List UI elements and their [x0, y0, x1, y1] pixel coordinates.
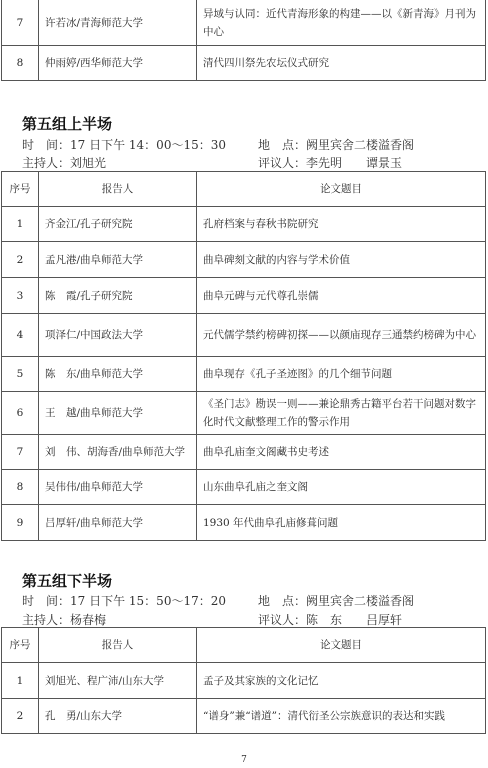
time-label: 时 间： [22, 594, 70, 608]
presenter-cell: 项泽仁/中国政法大学 [39, 314, 197, 357]
table-row: 9 吕厚轩/曲阜师范大学 1930 年代曲阜孔庙修葺问题 [2, 505, 486, 541]
row-number: 8 [2, 46, 39, 81]
header-title: 论文题目 [197, 628, 486, 663]
row-number: 1 [2, 207, 39, 242]
presenter-cell: 仲雨婷/西华师范大学 [39, 46, 197, 81]
reviewer-label: 评议人： [258, 613, 306, 627]
paper-title-cell: 曲阜现存《孔子圣迹图》的几个细节问题 [197, 357, 486, 392]
row-number: 4 [2, 314, 39, 357]
paper-title-cell: 清代四川祭先农坛仪式研究 [197, 46, 486, 81]
paper-title-cell: 曲阜孔庙奎文阁藏书史考述 [197, 435, 486, 470]
top-schedule-table: 7 许若冰/青海师范大学 异域与认同：近代青海形象的构建——以《新青海》月刊为中… [1, 0, 486, 81]
presenter-cell: 陈 霞/孔子研究院 [39, 278, 197, 314]
presenter-cell: 孟凡港/曲阜师范大学 [39, 242, 197, 278]
time-value: 17 日下午 14：00～15：30 [70, 138, 226, 152]
presenter-cell: 吕厚轩/曲阜师范大学 [39, 505, 197, 541]
table-row: 5 陈 东/曲阜师范大学 曲阜现存《孔子圣迹图》的几个细节问题 [2, 357, 486, 392]
presenter-cell: 王 越/曲阜师范大学 [39, 392, 197, 435]
host-label: 主持人： [22, 613, 70, 627]
host-value: 杨春梅 [70, 613, 106, 627]
session-lower-host: 主持人：杨春梅 [22, 611, 106, 628]
table-header-row: 序号 报告人 论文题目 [2, 172, 486, 207]
session-lower-reviewers: 评议人：陈 东 吕厚轩 [258, 611, 402, 628]
header-presenter: 报告人 [39, 172, 197, 207]
presenter-cell: 陈 东/曲阜师范大学 [39, 357, 197, 392]
table-row: 8 吴伟伟/曲阜师范大学 山东曲阜孔庙之奎文阁 [2, 470, 486, 505]
session-lower-title: 第五组下半场 [22, 570, 112, 591]
reviewer-value: 陈 东 吕厚轩 [306, 613, 402, 627]
paper-title-cell: 孔府档案与春秋书院研究 [197, 207, 486, 242]
header-presenter: 报告人 [39, 628, 197, 663]
row-number: 2 [2, 242, 39, 278]
table-row: 2 孟凡港/曲阜师范大学 曲阜碑刻文献的内容与学术价值 [2, 242, 486, 278]
table-row: 2 孔 勇/山东大学 “谱身”兼“谱道”：清代衍圣公宗族意识的表达和实践 [2, 699, 486, 734]
session-upper-place: 地 点：阙里宾舍二楼溢香阁 [258, 136, 414, 153]
host-value: 刘旭光 [70, 156, 106, 170]
presenter-cell: 刘 伟、胡海香/曲阜师范大学 [39, 435, 197, 470]
table-row: 6 王 越/曲阜师范大学 《圣门志》勘误一则——兼论鼎秀古籍平台若干问题对数字化… [2, 392, 486, 435]
presenter-cell: 刘旭光、程广沛/山东大学 [39, 663, 197, 699]
header-number: 序号 [2, 628, 39, 663]
table-row: 3 陈 霞/孔子研究院 曲阜元碑与元代尊孔崇儒 [2, 278, 486, 314]
table-header-row: 序号 报告人 论文题目 [2, 628, 486, 663]
row-number: 1 [2, 663, 39, 699]
place-label: 地 点： [258, 138, 306, 152]
reviewer-value: 李先明 谭景玉 [306, 156, 402, 170]
place-value: 阙里宾舍二楼溢香阁 [306, 594, 414, 608]
paper-title-cell: “谱身”兼“谱道”：清代衍圣公宗族意识的表达和实践 [197, 699, 486, 734]
session-lower-place: 地 点：阙里宾舍二楼溢香阁 [258, 592, 414, 609]
presenter-cell: 吴伟伟/曲阜师范大学 [39, 470, 197, 505]
session-upper-title: 第五组上半场 [22, 113, 112, 134]
session-lower-time: 时 间：17 日下午 15：50～17：20 [22, 592, 226, 609]
row-number: 5 [2, 357, 39, 392]
header-title: 论文题目 [197, 172, 486, 207]
reviewer-label: 评议人： [258, 156, 306, 170]
paper-title-cell: 曲阜元碑与元代尊孔崇儒 [197, 278, 486, 314]
paper-title-cell: 山东曲阜孔庙之奎文阁 [197, 470, 486, 505]
paper-title-cell: 孟子及其家族的文化记忆 [197, 663, 486, 699]
row-number: 6 [2, 392, 39, 435]
session-lower-table: 序号 报告人 论文题目 1 刘旭光、程广沛/山东大学 孟子及其家族的文化记忆 2… [1, 627, 486, 734]
time-value: 17 日下午 15：50～17：20 [70, 594, 226, 608]
table-row: 7 刘 伟、胡海香/曲阜师范大学 曲阜孔庙奎文阁藏书史考述 [2, 435, 486, 470]
presenter-cell: 许若冰/青海师范大学 [39, 0, 197, 46]
host-label: 主持人： [22, 156, 70, 170]
table-row: 7 许若冰/青海师范大学 异域与认同：近代青海形象的构建——以《新青海》月刊为中… [2, 0, 486, 46]
session-upper-table: 序号 报告人 论文题目 1 齐金江/孔子研究院 孔府档案与春秋书院研究 2 孟凡… [1, 171, 486, 541]
paper-title-cell: 异域与认同：近代青海形象的构建——以《新青海》月刊为中心 [197, 0, 486, 46]
time-label: 时 间： [22, 138, 70, 152]
row-number: 3 [2, 278, 39, 314]
paper-title-cell: 《圣门志》勘误一则——兼论鼎秀古籍平台若干问题对数字化时代文献整理工作的警示作用 [197, 392, 486, 435]
paper-title-cell: 曲阜碑刻文献的内容与学术价值 [197, 242, 486, 278]
paper-title-cell: 1930 年代曲阜孔庙修葺问题 [197, 505, 486, 541]
place-label: 地 点： [258, 594, 306, 608]
table-row: 8 仲雨婷/西华师范大学 清代四川祭先农坛仪式研究 [2, 46, 486, 81]
paper-title-cell: 元代儒学禁约榜碑初探——以颜庙现存三通禁约榜碑为中心 [197, 314, 486, 357]
row-number: 9 [2, 505, 39, 541]
place-value: 阙里宾舍二楼溢香阁 [306, 138, 414, 152]
table-row: 4 项泽仁/中国政法大学 元代儒学禁约榜碑初探——以颜庙现存三通禁约榜碑为中心 [2, 314, 486, 357]
row-number: 2 [2, 699, 39, 734]
presenter-cell: 孔 勇/山东大学 [39, 699, 197, 734]
row-number: 8 [2, 470, 39, 505]
table-row: 1 齐金江/孔子研究院 孔府档案与春秋书院研究 [2, 207, 486, 242]
session-upper-host: 主持人：刘旭光 [22, 154, 106, 171]
header-number: 序号 [2, 172, 39, 207]
row-number: 7 [2, 0, 39, 46]
table-row: 1 刘旭光、程广沛/山东大学 孟子及其家族的文化记忆 [2, 663, 486, 699]
presenter-cell: 齐金江/孔子研究院 [39, 207, 197, 242]
row-number: 7 [2, 435, 39, 470]
session-upper-reviewers: 评议人：李先明 谭景玉 [258, 154, 402, 171]
page-number: 7 [0, 755, 488, 765]
session-upper-time: 时 间：17 日下午 14：00～15：30 [22, 136, 226, 153]
